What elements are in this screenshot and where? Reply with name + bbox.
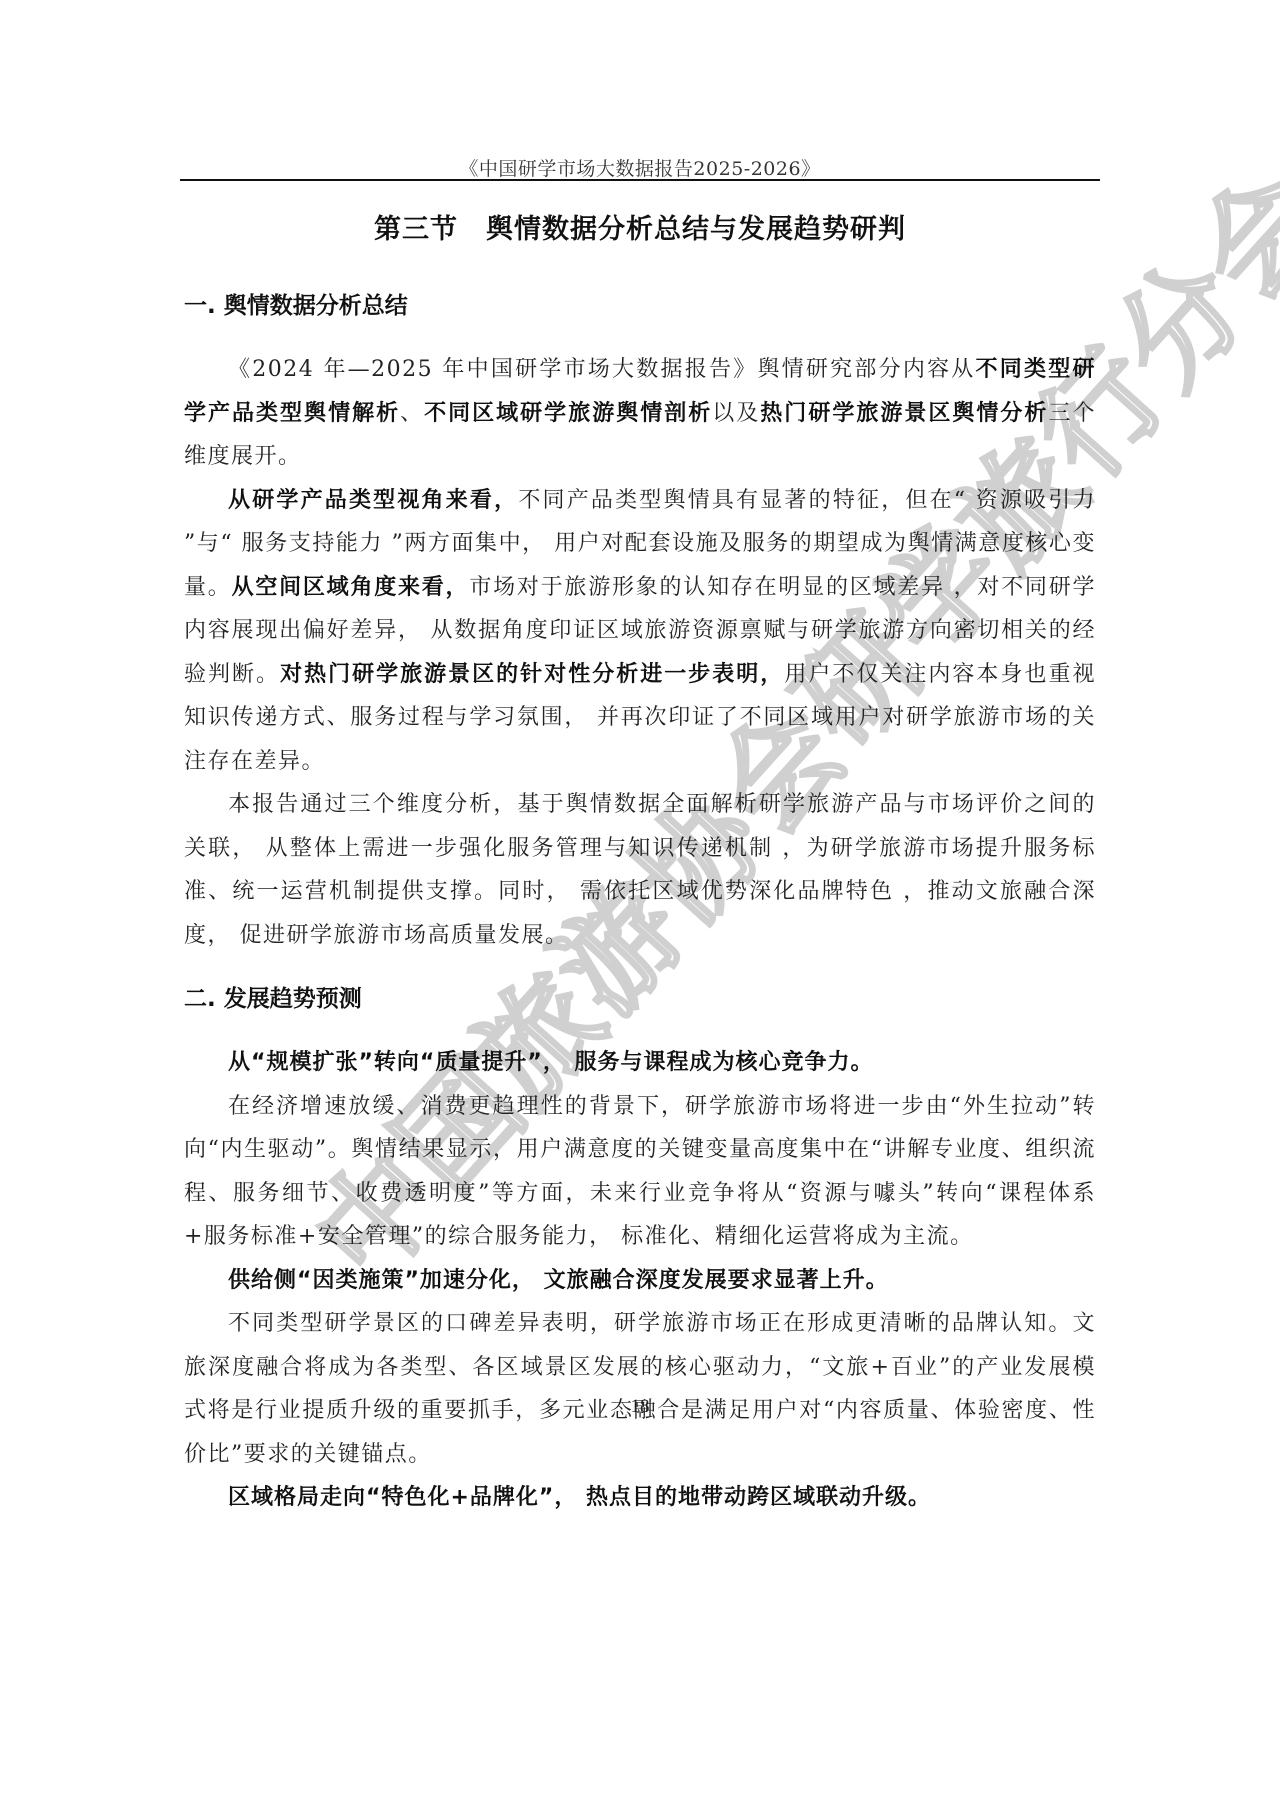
trend-title-2: 供给侧“因类施策”加速分化， 文旅融合深度发展要求显著上升。 <box>184 1259 1096 1303</box>
subheading-trends: 二. 发展趋势预测 <box>184 981 1096 1017</box>
document-page: 中国旅游协会研学旅行分会 《中国研学市场大数据报告2025-2026》 第三节 … <box>0 0 1280 1809</box>
page-number: 18 <box>0 1396 1280 1418</box>
text: 以及 <box>712 401 760 426</box>
bold-phrase: 不同区域研学旅游舆情剖析 <box>424 401 712 426</box>
subheading-summary: 一. 舆情数据分析总结 <box>184 288 1096 324</box>
trend-body-1: 在经济增速放缓、消费更趋理性的背景下，研学旅游市场将进一步由“外生拉动”转向“内… <box>184 1085 1096 1259</box>
running-header: 《中国研学市场大数据报告2025-2026》 <box>180 154 1100 181</box>
trend-body-2: 不同类型研学景区的口碑差异表明，研学旅游市场正在形成更清晰的品牌认知。文旅深度融… <box>184 1302 1096 1476</box>
paragraph-intro: 《2024 年—2025 年中国研学市场大数据报告》舆情研究部分内容从不同类型研… <box>184 348 1096 479</box>
page-content: 第三节 舆情数据分析总结与发展趋势研判 一. 舆情数据分析总结 《2024 年—… <box>184 210 1096 1520</box>
bold-phrase: 从研学产品类型视角来看， <box>228 488 518 513</box>
paragraph-analysis: 从研学产品类型视角来看，不同产品类型舆情具有显著的特征，但在“ 资源吸引力 ”与… <box>184 479 1096 784</box>
bold-phrase: 从空间区域角度来看， <box>232 575 470 600</box>
section-title: 第三节 舆情数据分析总结与发展趋势研判 <box>184 210 1096 250</box>
text: 《2024 年—2025 年中国研学市场大数据报告》舆情研究部分内容从 <box>228 357 976 382</box>
spacer <box>184 957 1096 981</box>
trend-title-1: 从“规模扩张”转向“质量提升”， 服务与课程成为核心竞争力。 <box>184 1041 1096 1085</box>
trend-title-3: 区域格局走向“特色化+品牌化”， 热点目的地带动跨区域联动升级。 <box>184 1476 1096 1520</box>
bold-phrase: 热门研学旅游景区舆情分析 <box>760 401 1048 426</box>
paragraph-conclusion: 本报告通过三个维度分析，基于舆情数据全面解析研学旅游产品与市场评价之间的关联， … <box>184 783 1096 957</box>
bold-phrase: 对热门研学旅游景区的针对性分析进一步表明， <box>280 662 784 687</box>
text: 、 <box>400 401 424 426</box>
